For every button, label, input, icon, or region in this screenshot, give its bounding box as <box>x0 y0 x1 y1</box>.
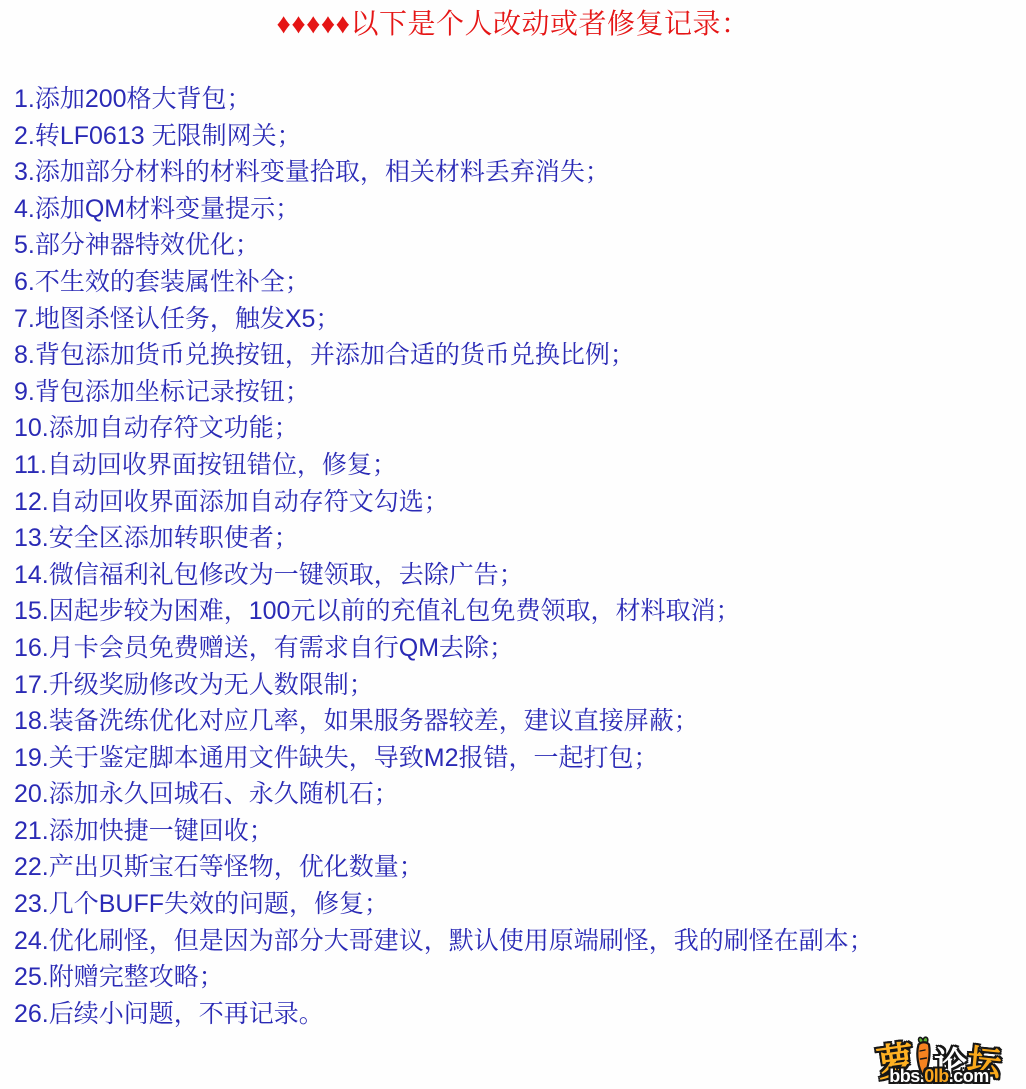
changelog-page: ♦♦♦♦♦以下是个人改动或者修复记录： 1.添加200格大背包； 2.转LF06… <box>0 0 1026 1089</box>
list-item: 14.微信福利礼包修改为一键领取，去除广告； <box>14 557 1018 594</box>
list-item: 10.添加自动存符文功能； <box>14 410 1018 447</box>
watermark-url: bbs.0lb.com <box>856 1067 1022 1087</box>
list-item: 3.添加部分材料的材料变量拾取，相关材料丢弃消失； <box>14 154 1018 191</box>
page-title: ♦♦♦♦♦以下是个人改动或者修复记录： <box>0 7 1026 41</box>
list-item: 21.添加快捷一键回收； <box>14 813 1018 850</box>
watermark-logo: 萝 论 坛 bbs.0lb.com <box>856 1034 1022 1087</box>
list-item: 11.自动回收界面按钮错位，修复； <box>14 447 1018 484</box>
list-item: 4.添加QM材料变量提示； <box>14 191 1018 228</box>
list-item: 5.部分神器特效优化； <box>14 227 1018 264</box>
list-item: 17.升级奖励修改为无人数限制； <box>14 667 1018 704</box>
list-item: 8.背包添加货币兑换按钮，并添加合适的货币兑换比例； <box>14 337 1018 374</box>
list-item: 2.转LF0613 无限制网关； <box>14 118 1018 155</box>
list-item: 12.自动回收界面添加自动存符文勾选； <box>14 484 1018 521</box>
list-item: 7.地图杀怪认任务，触发X5； <box>14 301 1018 338</box>
list-item: 20.添加永久回城石、永久随机石； <box>14 776 1018 813</box>
watermark-url-suffix: .com <box>949 1066 989 1086</box>
list-item: 24.优化刷怪，但是因为部分大哥建议，默认使用原端刷怪，我的刷怪在副本； <box>14 923 1018 960</box>
list-item: 18.装备洗练优化对应几率，如果服务器较差，建议直接屏蔽； <box>14 703 1018 740</box>
watermark-url-highlight: 0lb <box>924 1066 949 1086</box>
list-item: 25.附赠完整攻略； <box>14 959 1018 996</box>
list-item: 26.后续小问题，不再记录。 <box>14 996 1018 1033</box>
list-item: 23.几个BUFF失效的问题，修复； <box>14 886 1018 923</box>
list-item: 13.安全区添加转职使者； <box>14 520 1018 557</box>
list-item: 6.不生效的套装属性补全； <box>14 264 1018 301</box>
changelog-list: 1.添加200格大背包； 2.转LF0613 无限制网关； 3.添加部分材料的材… <box>14 81 1018 1032</box>
list-item: 9.背包添加坐标记录按钮； <box>14 374 1018 411</box>
list-item: 16.月卡会员免费赠送，有需求自行QM去除； <box>14 630 1018 667</box>
list-item: 19.关于鉴定脚本通用文件缺失，导致M2报错，一起打包； <box>14 740 1018 777</box>
watermark-url-prefix: bbs. <box>889 1066 924 1086</box>
list-item: 15.因起步较为困难，100元以前的充值礼包免费领取，材料取消； <box>14 593 1018 630</box>
list-item: 1.添加200格大背包； <box>14 81 1018 118</box>
list-item: 22.产出贝斯宝石等怪物，优化数量； <box>14 849 1018 886</box>
